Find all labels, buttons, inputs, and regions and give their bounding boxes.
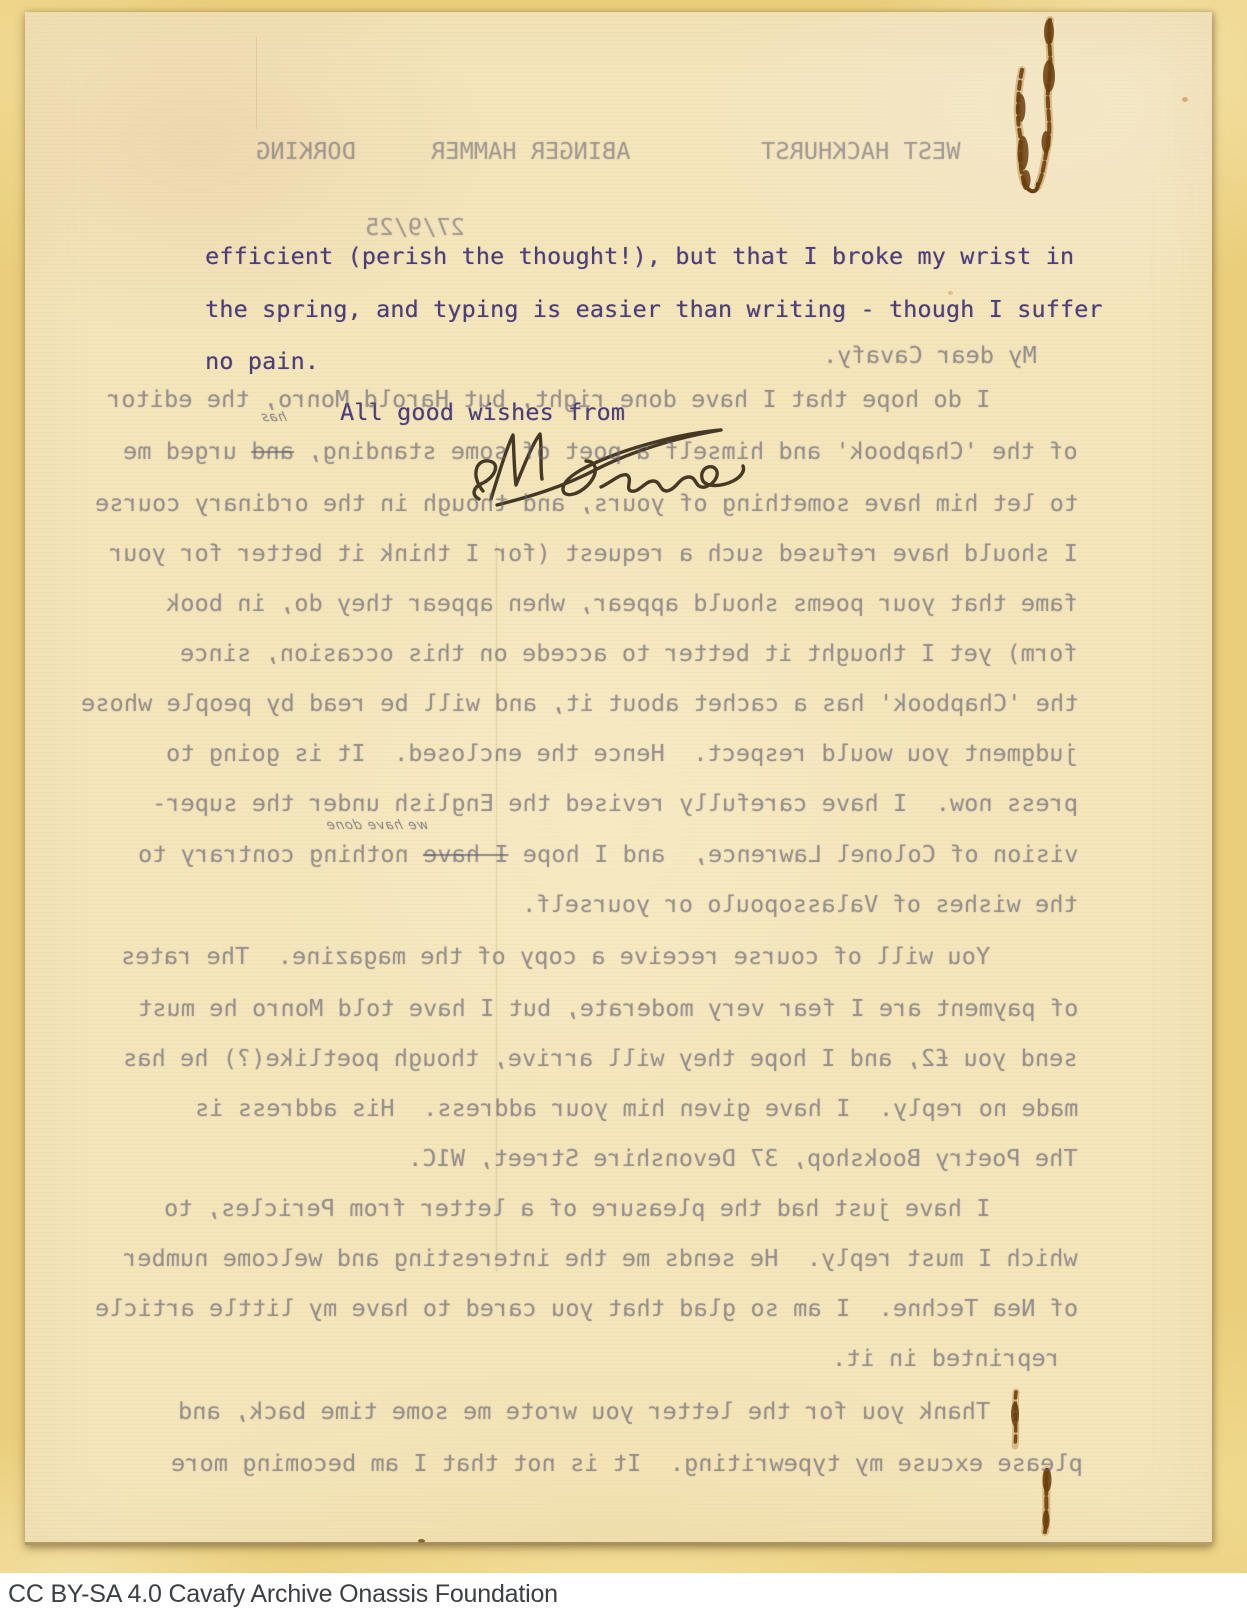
bleed-through-line: made no reply. I have given him your add… xyxy=(195,1097,1078,1121)
paper-scratch xyxy=(256,37,257,129)
license-text: CC BY-SA 4.0 Cavafy Archive Onassis Foun… xyxy=(0,1573,1247,1609)
bleed-through-line: judgment you would respect. Hence the en… xyxy=(166,742,1078,766)
paperclip-rust-stain xyxy=(1000,12,1080,207)
bleed-through-line: to let him have something of yours, and … xyxy=(95,492,1078,516)
bleed-through-line: Thank you for the letter you wrote me so… xyxy=(178,1400,990,1424)
typed-line: the spring, and typing is easier than wr… xyxy=(205,298,1103,322)
bleed-through-line: vision of Colonel Lawrence, and I hope I… xyxy=(138,843,1078,867)
bleed-through-line: You will of course receive a copy of the… xyxy=(121,945,990,969)
scanned-letter-page: { "document_type": "typewritten letter s… xyxy=(0,0,1247,1618)
bleed-through-line: My dear Cavafy. xyxy=(823,344,1037,368)
bleed-through-line: I have just had the pleasure of a letter… xyxy=(164,1197,990,1221)
typed-line: efficient (perish the thought!), but tha… xyxy=(205,245,1074,269)
edge-speck xyxy=(418,1539,425,1543)
bleed-through-line: reprinted in it. xyxy=(832,1347,1060,1371)
bleed-through-line: which I must reply. He sends me the inte… xyxy=(123,1247,1078,1271)
bleed-through-line: press now. I have carefully revised the … xyxy=(152,792,1078,816)
bleed-through-line: The Poetry Bookshop, 37 Devonshire Stree… xyxy=(408,1147,1078,1171)
bleed-through-line: of the 'Chapbook' and himself a poet of … xyxy=(123,440,1078,464)
bleed-through-line: of Nea Techne. I am so glad that you car… xyxy=(95,1297,1078,1321)
handwritten-annotation: has xyxy=(260,411,289,424)
bleed-through-line: please excuse my typewriting. It is not … xyxy=(171,1452,1083,1476)
bleed-through-line: the wishes of Valassopoulo or yourself. xyxy=(522,893,1078,917)
bleed-through-line: I do hope that I have done right, but Ha… xyxy=(107,388,990,412)
bleed-through-line: the 'Chapbook' has a cachet about it, an… xyxy=(81,692,1078,716)
rust-speck xyxy=(1182,97,1188,102)
bleed-through-line: 27/9/25 xyxy=(365,216,465,240)
bleed-through-line: of payment are I fear very moderate, but… xyxy=(138,997,1078,1021)
bleed-through-line: I should have refused such a request (fo… xyxy=(109,542,1078,566)
letter-paper: efficient (perish the thought!), but tha… xyxy=(25,12,1212,1545)
typed-line: no pain. xyxy=(205,350,319,374)
license-bar: CC BY-SA 4.0 Cavafy Archive Onassis Foun… xyxy=(0,1573,1247,1618)
bleed-through-line: fame that your poems should appear, when… xyxy=(166,592,1078,616)
bleed-through-line: form) yet I thought it better to accede … xyxy=(180,642,1078,666)
bleed-through-line: DORKING xyxy=(256,140,356,164)
bleed-through-line: ABINGER HAMMER xyxy=(431,140,630,164)
handwritten-annotation: we have done xyxy=(324,819,429,832)
bleed-through-line: WEST HACKHURST xyxy=(761,140,960,164)
bleed-through-line: send you £2, and I hope they will arrive… xyxy=(123,1047,1078,1071)
